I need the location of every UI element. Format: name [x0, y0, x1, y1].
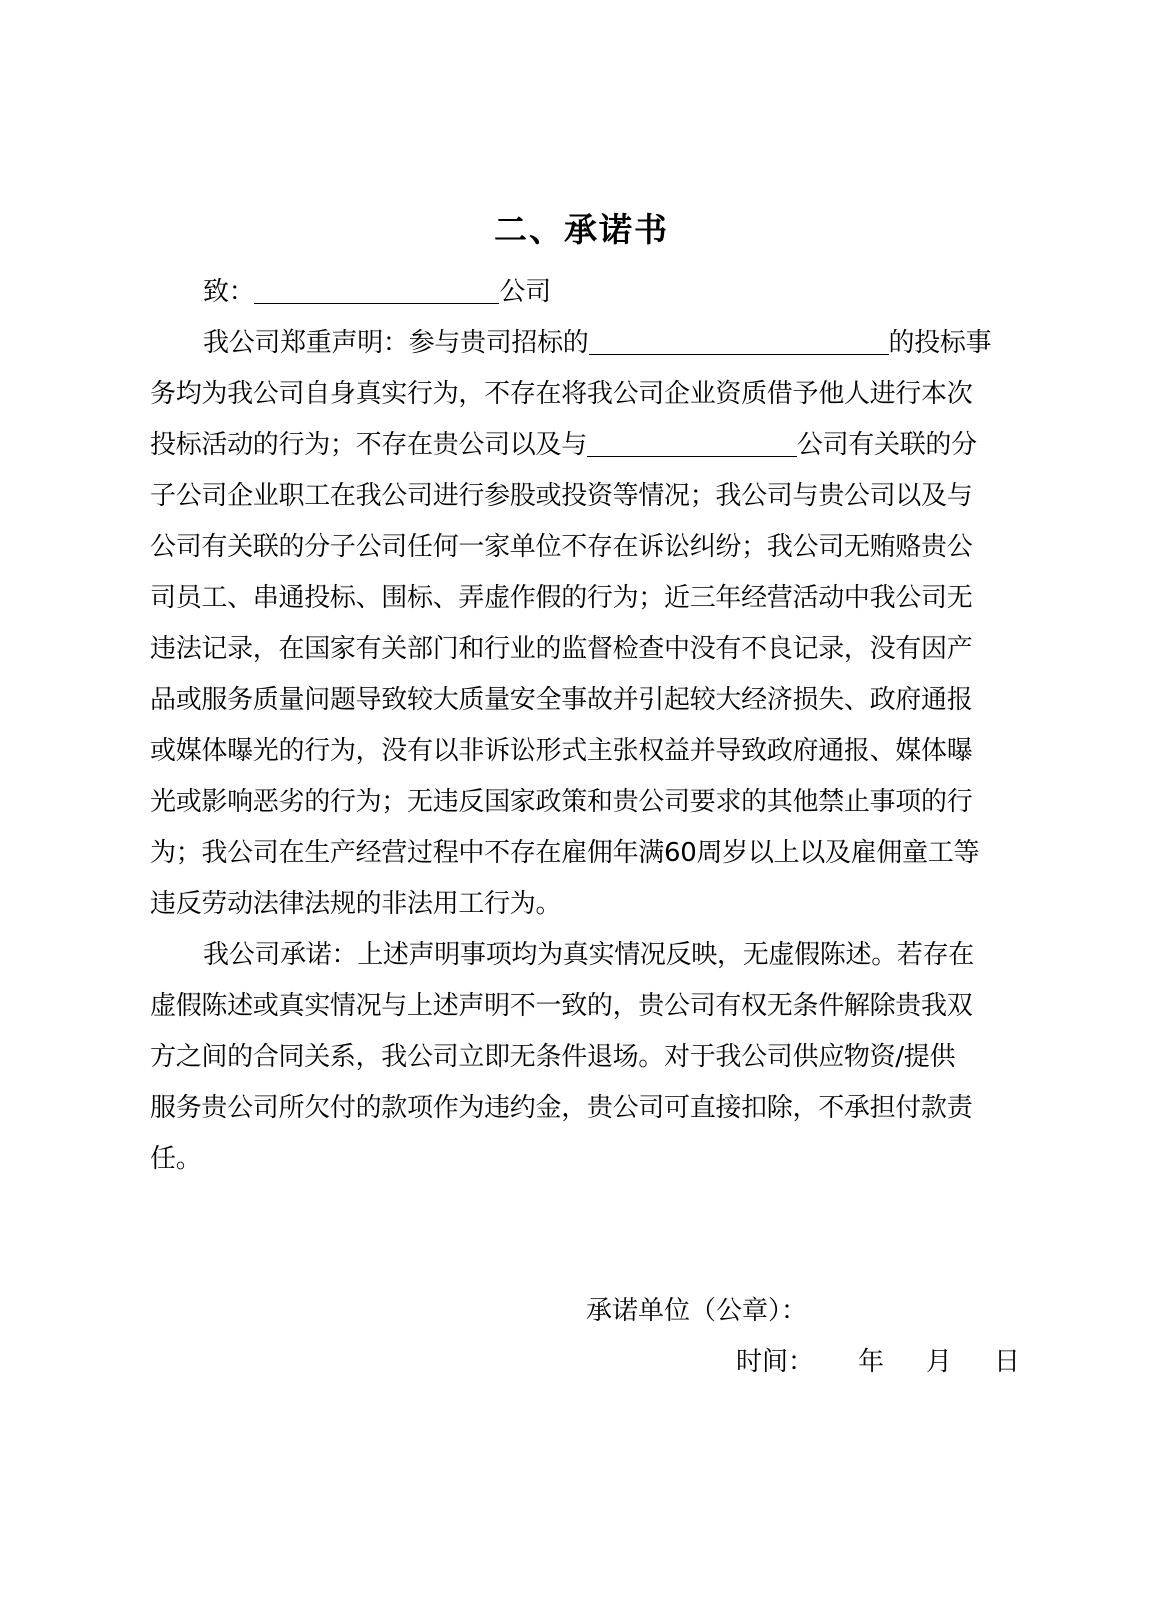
paragraph1-line: 务均为我公司自身真实行为，不存在将我公司企业资质借予他人进行本次 [150, 374, 1012, 414]
paragraph2-line: 虚假陈述或真实情况与上述声明不一致的，贵公司有权无条件解除贵我双 [150, 986, 1012, 1026]
text-segment: 的投标事 [889, 328, 992, 358]
paragraph1-line: 品或服务质量问题导致较大质量安全事故并引起较大经济损失、政府通报 [150, 680, 1012, 720]
text-segment: 公司有关联的分 [797, 430, 977, 460]
signature-date-line: 时间：年月日 [736, 1342, 1020, 1382]
paragraph2-line: 我公司承诺：上述声明事项均为真实情况反映，无虚假陈述。若存在 [203, 935, 1012, 975]
paragraph1-line: 光或影响恶劣的行为；无违反国家政策和贵公司要求的其他禁止事项的行 [150, 782, 1012, 822]
text-segment: 我公司郑重声明：参与贵司招标的 [203, 328, 589, 358]
paragraph2-line: 服务贵公司所欠付的款项作为违约金，贵公司可直接扣除，不承担付款责 [150, 1088, 1012, 1128]
recipient-company-blank [254, 273, 499, 304]
date-year: 年 [858, 1342, 884, 1382]
project-name-blank [589, 324, 889, 355]
text-segment: 投标活动的行为；不存在贵公司以及与 [150, 430, 587, 460]
paragraph2-line: 方之间的合同关系，我公司立即无条件退场。对于我公司供应物资/提供 [150, 1037, 1012, 1077]
related-company-blank [587, 426, 797, 457]
paragraph1-line: 或媒体曝光的行为，没有以非诉讼形式主张权益并导致政府通报、媒体曝 [150, 731, 1012, 771]
paragraph1-line: 公司有关联的分子公司任何一家单位不存在诉讼纠纷；我公司无贿赂贵公 [150, 527, 1012, 567]
paragraph1-line: 我公司郑重声明：参与贵司招标的的投标事 [203, 323, 1012, 363]
signature-unit-label: 承诺单位（公章）： [586, 1291, 807, 1331]
document-title: 二、承诺书 [0, 205, 1163, 255]
salutation-suffix: 公司 [499, 277, 550, 307]
date-month: 月 [926, 1342, 952, 1382]
paragraph1-line: 投标活动的行为；不存在贵公司以及与公司有关联的分 [150, 425, 1012, 465]
document-page: 二、承诺书 致：公司 我公司郑重声明：参与贵司招标的的投标事 务均为我公司自身真… [0, 0, 1163, 1601]
salutation-line: 致：公司 [203, 272, 1012, 312]
paragraph1-line: 为；我公司在生产经营过程中不存在雇佣年满60周岁以上以及雇佣童工等 [150, 833, 1012, 873]
paragraph1-line: 司员工、串通投标、围标、弄虚作假的行为；近三年经营活动中我公司无 [150, 578, 1012, 618]
paragraph2-line: 任。 [150, 1139, 1012, 1179]
paragraph1-line: 违法记录，在国家有关部门和行业的监督检查中没有不良记录，没有因产 [150, 629, 1012, 669]
paragraph1-line: 子公司企业职工在我公司进行参股或投资等情况；我公司与贵公司以及与 [150, 476, 1012, 516]
date-label: 时间： [736, 1342, 814, 1382]
paragraph1-line: 违反劳动法律法规的非法用工行为。 [150, 884, 1012, 924]
date-day: 日 [994, 1342, 1020, 1382]
salutation-prefix: 致： [203, 277, 254, 307]
